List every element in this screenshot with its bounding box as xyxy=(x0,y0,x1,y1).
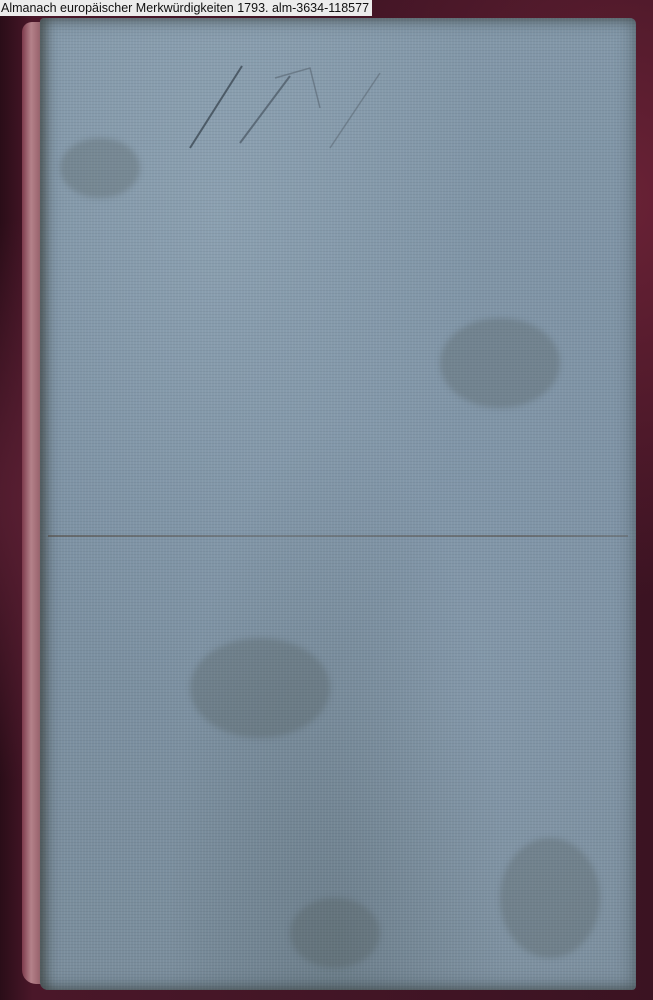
stain xyxy=(440,318,560,408)
image-caption: Almanach europäischer Merkwürdigkeiten 1… xyxy=(0,0,372,16)
stain xyxy=(500,838,600,958)
stain xyxy=(60,138,140,198)
stain xyxy=(190,638,330,738)
cover-crease xyxy=(48,535,628,537)
handwritten-pencil-marks xyxy=(180,48,420,168)
stain xyxy=(290,898,380,968)
